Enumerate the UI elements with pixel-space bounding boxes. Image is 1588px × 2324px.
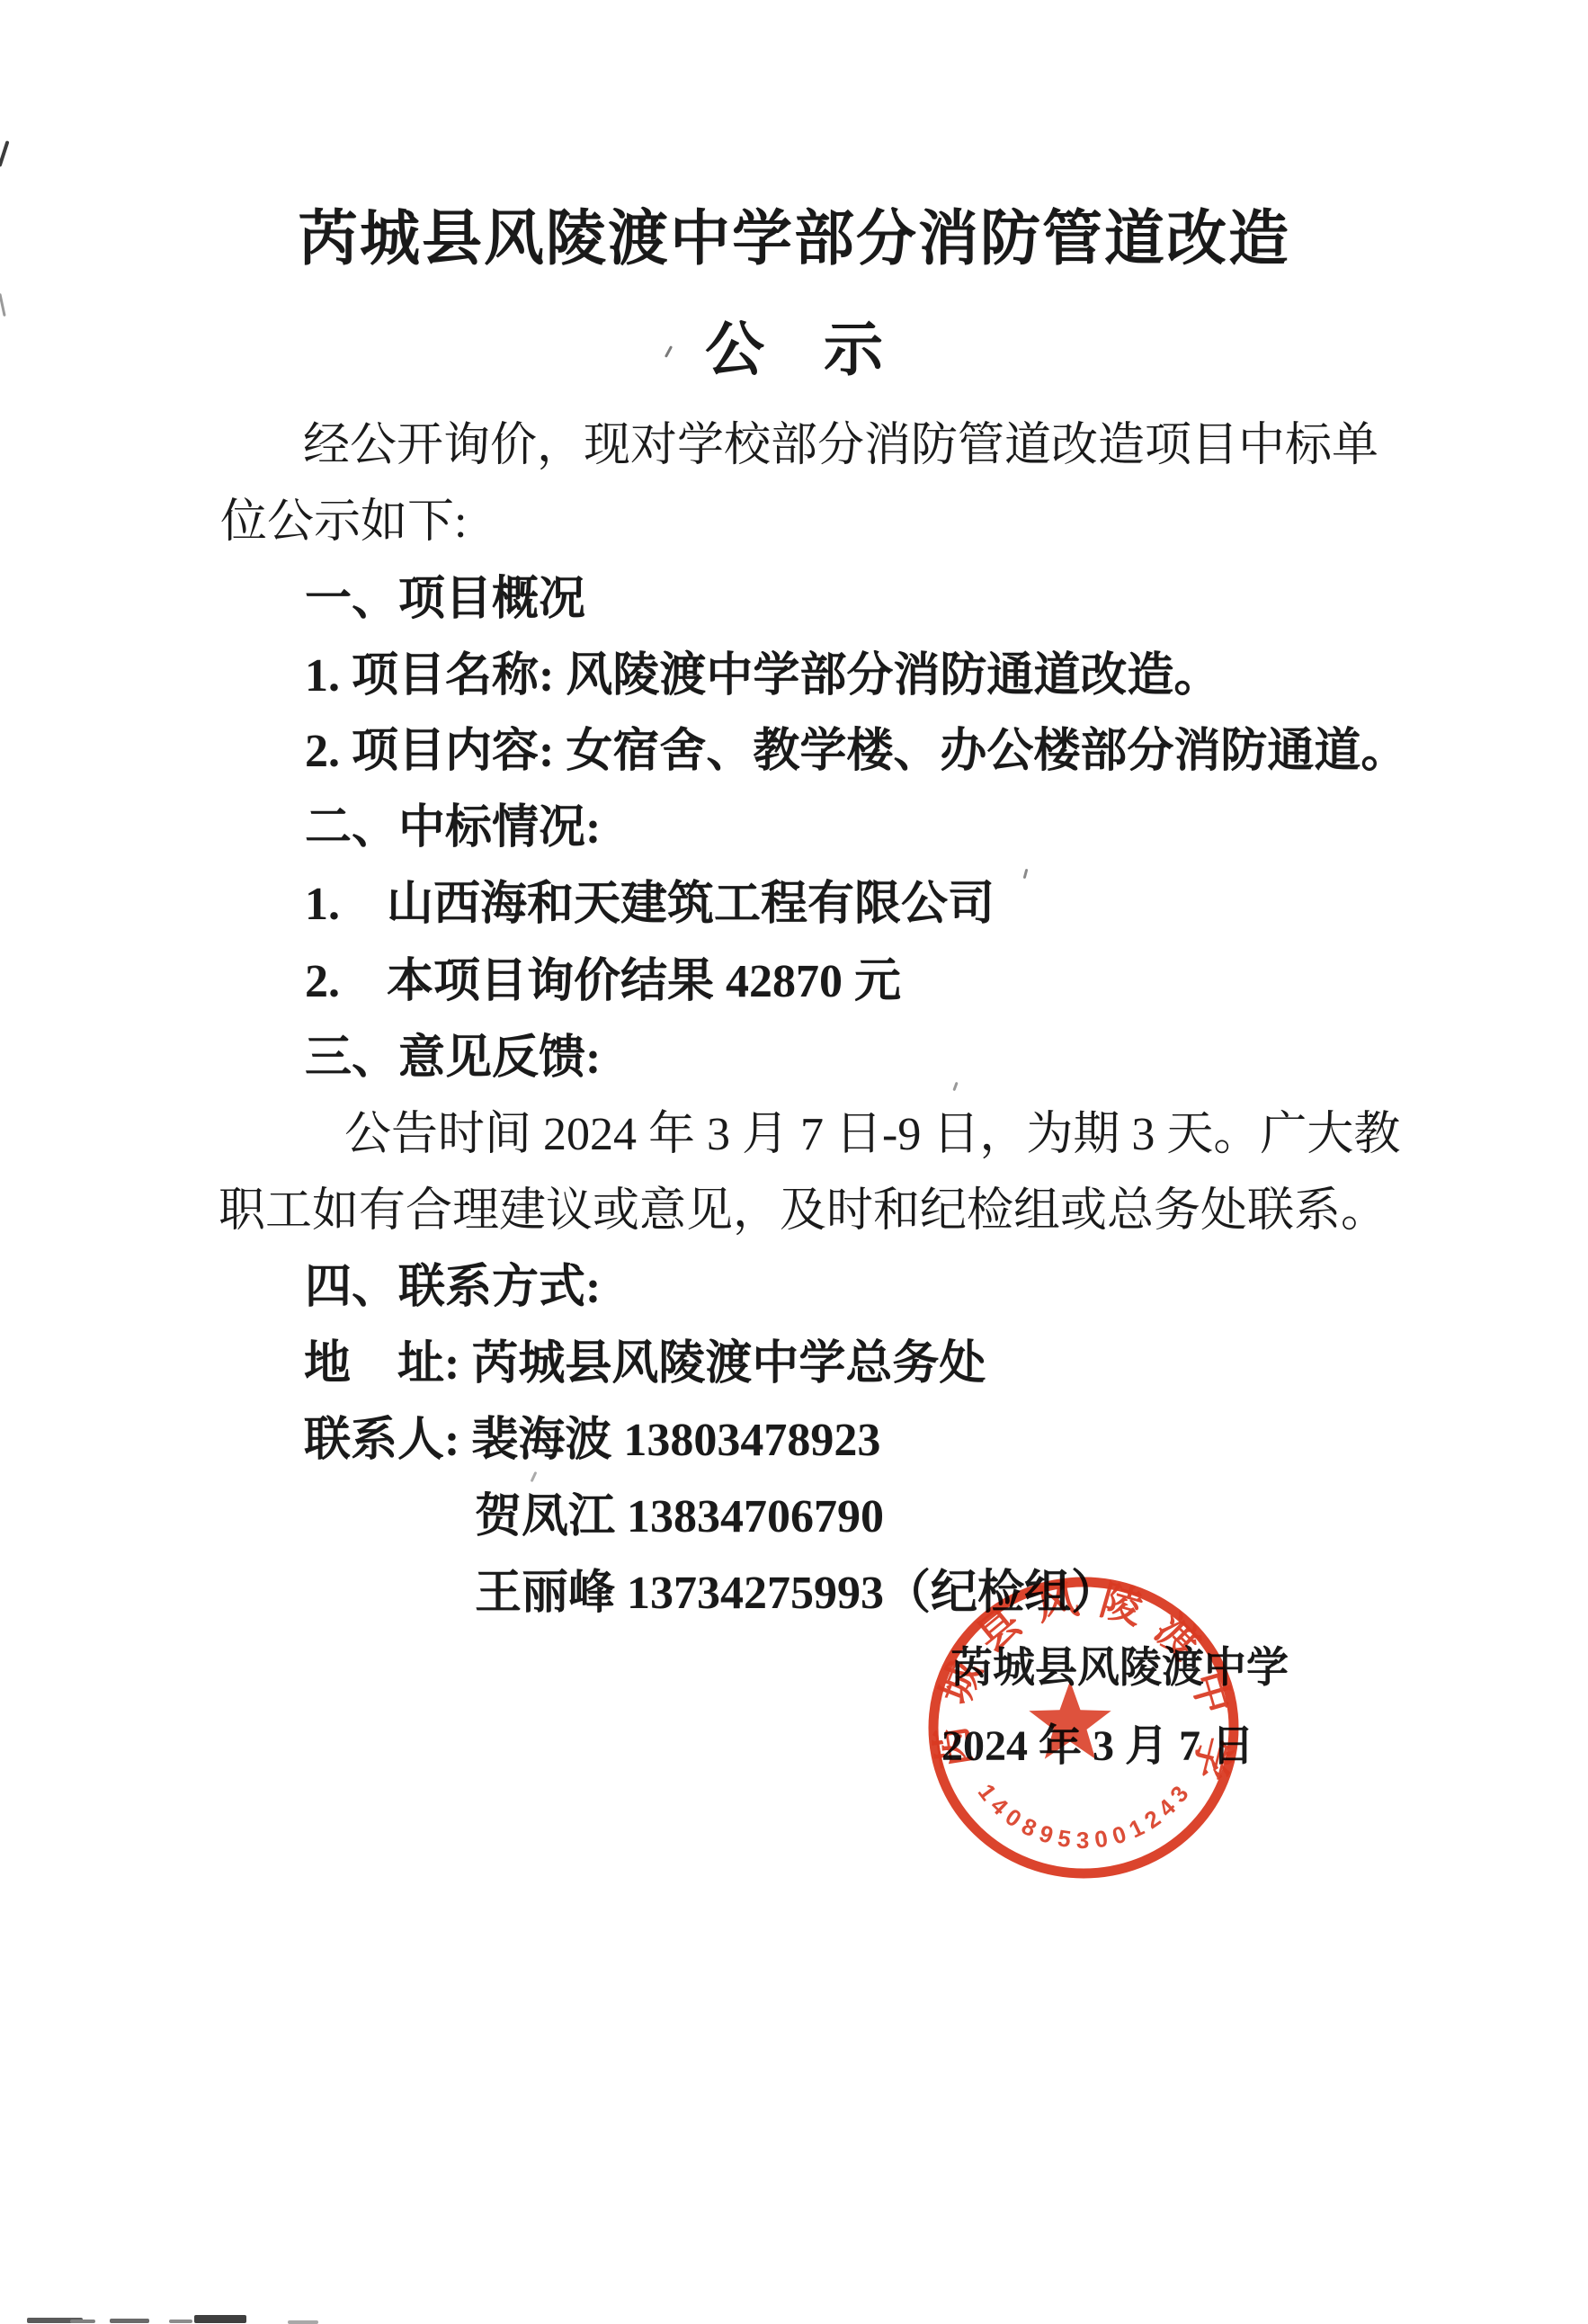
scan-artifact <box>952 1082 958 1091</box>
paragraph3-line2: 职工如有合理建议或意见，及时和纪检组或总务处联系。 <box>219 1184 1387 1238</box>
section-heading-1: 一、项目概况 <box>305 573 585 627</box>
contact-line-2: 贺凤江 13834706790 <box>475 1490 884 1544</box>
seal-serial-number: 1408953001243 <box>973 1779 1196 1854</box>
official-seal-stamp: 芮城县风陵渡中学 1408953001243 <box>908 1565 1268 1907</box>
section2-item1: 1. 山西海和天建筑工程有限公司 <box>305 878 995 932</box>
section1-item2: 2. 项目内容: 女宿舍、教学楼、办公楼部分消防通道。 <box>305 725 1407 779</box>
svg-text:芮城县风陵渡中学: 芮城县风陵渡中学 <box>928 1576 1239 1783</box>
section1-item1: 1. 项目名称: 风陵渡中学部分消防通道改造。 <box>305 649 1220 703</box>
document-page: 芮城县风陵渡中学部分消防管道改造 公 示 经公开询价，现对学校部分消防管道改造项… <box>0 0 1588 2324</box>
scan-artifact <box>288 2320 318 2324</box>
svg-text:1408953001243: 1408953001243 <box>973 1779 1196 1854</box>
scan-artifact <box>0 293 6 317</box>
contact-line-1: 联系人: 裴海波 13803478923 <box>304 1414 880 1468</box>
scan-artifact <box>70 2320 95 2323</box>
paragraph1-line2: 位公示如下: <box>220 496 467 550</box>
document-subtitle: 公 示 <box>0 317 1588 385</box>
scan-artifact <box>531 1471 538 1482</box>
section-heading-2: 二、中标情况: <box>305 801 601 855</box>
paragraph3-line1: 公告时间 2024 年 3 月 7 日-9 日，为期 3 天。广大教 <box>344 1108 1400 1162</box>
section2-item2: 2. 本项目询价结果 42870 元 <box>305 955 901 1009</box>
scan-artifact <box>1023 869 1029 879</box>
section-heading-4: 四、联系方式: <box>305 1261 601 1315</box>
section-heading-3: 三、意见反馈: <box>305 1032 601 1086</box>
scan-artifact <box>194 2315 246 2323</box>
scan-artifact <box>110 2319 149 2323</box>
document-title: 芮城县风陵渡中学部分消防管道改造 <box>0 205 1588 274</box>
scan-artifact <box>169 2320 192 2323</box>
paragraph1-line1: 经公开询价，现对学校部分消防管道改造项目中标单 <box>303 419 1378 473</box>
scan-artifact <box>0 140 10 167</box>
seal-arc-text: 芮城县风陵渡中学 <box>928 1576 1239 1783</box>
seal-star-icon <box>1029 1681 1111 1759</box>
address-line: 地 址: 芮城县风陵渡中学总务处 <box>304 1337 986 1391</box>
